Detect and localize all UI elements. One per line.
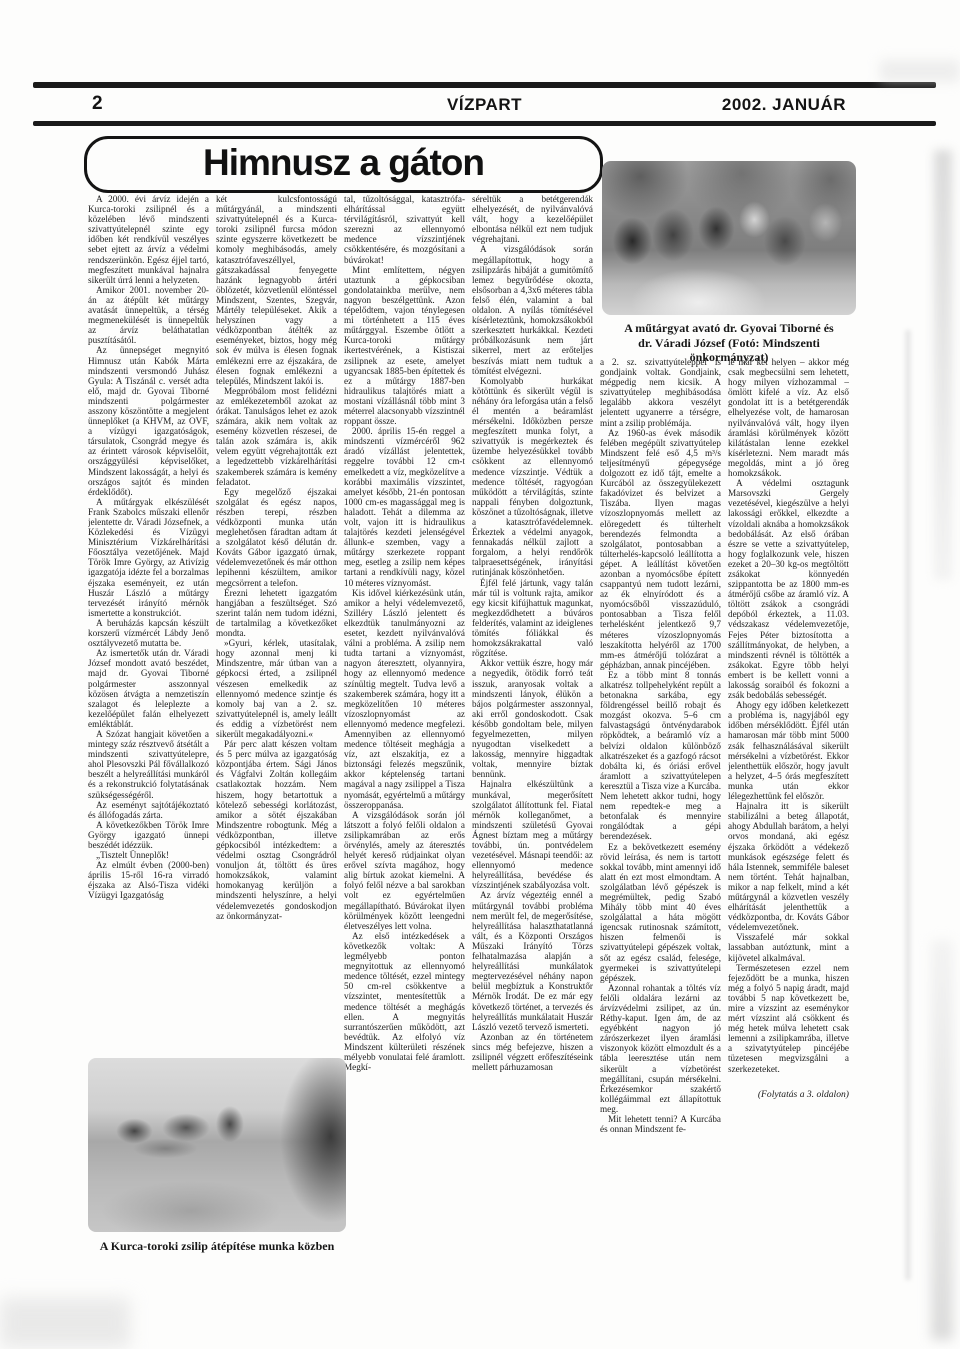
article-paragraph: Azonnal rohantak a töltés víz felőli old… bbox=[600, 983, 721, 1114]
issue-date: 2002. JANUÁR bbox=[33, 95, 846, 115]
article-paragraph: A műtárgyak elkészülését Frank Szabolcs … bbox=[88, 497, 209, 618]
article-paragraph: Visszafelé már sokkal lassabban autóztun… bbox=[728, 932, 849, 962]
scan-artifact bbox=[934, 150, 952, 580]
article-paragraph: Egy megelőző éjszakai szolgálat és egész… bbox=[216, 487, 337, 588]
article-paragraph: Ez a több mint 8 tonnás alkatrész tollpe… bbox=[600, 670, 721, 842]
article-paragraph: Természetesen ezzel nem fejeződött be a … bbox=[728, 963, 849, 1074]
article-paragraph: A védelmi osztagunk Marsovszki Gergely v… bbox=[728, 478, 849, 700]
article-paragraph: Akkor vettük észre, hogy már a negyedik,… bbox=[472, 658, 593, 779]
article-paragraph: Az elmúlt évben (2000-ben) április 15-rő… bbox=[88, 860, 209, 900]
headline-box: Himnusz a gáton bbox=[84, 136, 603, 193]
scan-artifact bbox=[931, 940, 953, 1340]
article-paragraph: Hajnalra itt is sikerült stabilizálni a … bbox=[728, 801, 849, 932]
article-paragraph: A vizsgálódások során megállapítottuk, h… bbox=[472, 244, 593, 375]
article-column-6: lé már két helyen – akkor még csak megbe… bbox=[728, 357, 849, 1290]
scan-artifact bbox=[905, 330, 911, 1280]
article-paragraph: Kis idővel kiérkezésünk után, amikor a h… bbox=[344, 588, 465, 810]
article-paragraph: A következőkben Török Imre György igazga… bbox=[88, 820, 209, 850]
continuation-note: (Folytatás a 3. oldalon) bbox=[728, 1090, 849, 1100]
sluice-construction-photo bbox=[88, 1058, 346, 1232]
article-paragraph: Az ünnepséget megnyitó Himnusz után Kabó… bbox=[88, 345, 209, 496]
article-paragraph: tal, tűzoltósággal, katasztrófa-elhárítá… bbox=[344, 194, 465, 265]
scan-artifact bbox=[880, 60, 960, 82]
article-paragraph: Éjfél felé jártunk, vagy talán már túl i… bbox=[472, 578, 593, 659]
header-rule-top bbox=[33, 82, 936, 88]
top-photo-caption-line1: A műtárgyat avató dr. Gyovai Tiborné és bbox=[598, 321, 860, 336]
scan-artifact bbox=[0, 1298, 130, 1348]
article-paragraph: Pár perc alatt készen voltam és 5 perc m… bbox=[216, 739, 337, 921]
article-column-3: tal, tűzoltósággal, katasztrófa-elhárítá… bbox=[344, 194, 465, 1290]
bottom-photo-caption: A Kurca-toroki zsilip átépítése munka kö… bbox=[84, 1239, 350, 1254]
article-paragraph: Azonban az én történetem sincs még befej… bbox=[472, 1032, 593, 1072]
article-paragraph: séreltük a betétgerendák elhelyezését, d… bbox=[472, 194, 593, 244]
article-paragraph: Ez a bekövetkezett esemény rövid leírása… bbox=[600, 842, 721, 983]
article-column-4: séreltük a betétgerendák elhelyezését, d… bbox=[472, 194, 593, 1290]
article-paragraph: Az árvíz végeztéig ennél a műtárgynál to… bbox=[472, 890, 593, 1031]
article-paragraph: Mint említettem, négyen utaztunk a gépko… bbox=[344, 265, 465, 427]
newspaper-page: 2 VÍZPART 2002. JANUÁR Himnusz a gáton A… bbox=[0, 0, 960, 1349]
article-paragraph: Megpróbálom most felidézni az emlékezete… bbox=[216, 386, 337, 487]
article-paragraph: »Gyuri, kérlek, utasítalak, hogy azonnal… bbox=[216, 638, 337, 739]
article-paragraph: Komolyabb hurkákat kötöttünk és sikerült… bbox=[472, 376, 593, 578]
dedication-ceremony-photo bbox=[602, 161, 856, 315]
article-paragraph: A vizsgálódások során jól látszott a fol… bbox=[344, 810, 465, 931]
header-rule-bottom bbox=[33, 121, 936, 126]
article-paragraph: Az első intézkedések a következők voltak… bbox=[344, 931, 465, 1072]
article-column-2: két kulcsfontosságú műtárgyánál, a minds… bbox=[216, 194, 337, 1052]
article-paragraph: Érezni lehetett igazgatóm hangjában a fe… bbox=[216, 588, 337, 638]
article-paragraph: „Tisztelt Ünneplők! bbox=[88, 850, 209, 860]
article-paragraph: Amikor 2001. november 20-án az átépült k… bbox=[88, 285, 209, 346]
article-paragraph: Ahogy egy időben keletkezett a probléma … bbox=[728, 700, 849, 801]
article-paragraph: Az 1960-as évek második felében megépült… bbox=[600, 428, 721, 670]
article-paragraph: lé már két helyen – akkor még csak megbe… bbox=[728, 357, 849, 478]
article-column-5: a 2. sz. szivattyúteleppel is gondjaink … bbox=[600, 357, 721, 1290]
article-paragraph: 2000. április 15-én reggel a mindszenti … bbox=[344, 426, 465, 588]
article-paragraph: Mit lehetett tenni? A Kurcába és onnan M… bbox=[600, 1114, 721, 1134]
article-paragraph: A 2000. évi árvíz idején a Kurca-toroki … bbox=[88, 194, 209, 285]
article-paragraph: Az eseményt sajtótájékoztató és állófoga… bbox=[88, 800, 209, 820]
article-paragraph: Az ismertetők után dr. Váradi József mon… bbox=[88, 648, 209, 729]
article-paragraph: A Szózat hangjait követően a mintegy szá… bbox=[88, 729, 209, 800]
article-paragraph: a 2. sz. szivattyúteleppel is gondjaink … bbox=[600, 357, 721, 428]
article-paragraph: Hajnalra elkészültünk a munkával, megerő… bbox=[472, 779, 593, 890]
article-headline: Himnusz a gáton bbox=[87, 139, 600, 190]
article-paragraph: két kulcsfontosságú műtárgyánál, a minds… bbox=[216, 194, 337, 386]
article-column-1: A 2000. évi árvíz idején a Kurca-toroki … bbox=[88, 194, 209, 1052]
article-paragraph: A beruházás kapcsán készült korszerű víz… bbox=[88, 618, 209, 648]
